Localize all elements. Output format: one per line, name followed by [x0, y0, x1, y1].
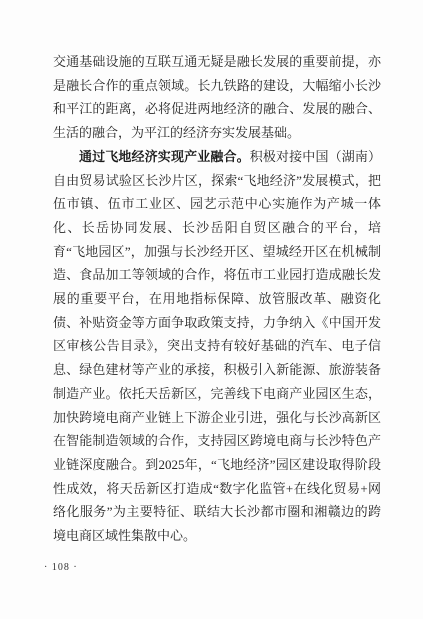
- document-page: 交通基础设施的互联互通无疑是融长发展的重要前提，亦是融长合作的重点领域。长九铁路…: [0, 0, 423, 619]
- paragraph-1-text: 交通基础设施的互联互通无疑是融长发展的重要前提，亦是融长合作的重点领域。长九铁路…: [53, 54, 381, 140]
- page-number: · 108 ·: [44, 562, 78, 573]
- paragraph-2-text: 积极对接中国（湖南）自由贸易试验区长沙片区，探索“飞地经济”发展模式，把伍市镇、…: [53, 149, 381, 543]
- paragraph-transport-integration: 交通基础设施的互联互通无疑是融长发展的重要前提，亦是融长合作的重点领域。长九铁路…: [53, 50, 381, 145]
- paragraph-enclave-economy: 通过飞地经济实现产业融合。积极对接中国（湖南）自由贸易试验区长沙片区，探索“飞地…: [53, 145, 381, 548]
- paragraph-2-bold-lead: 通过飞地经济实现产业融合。: [79, 149, 250, 164]
- page-body: 交通基础设施的互联互通无疑是融长发展的重要前提，亦是融长合作的重点领域。长九铁路…: [53, 50, 381, 548]
